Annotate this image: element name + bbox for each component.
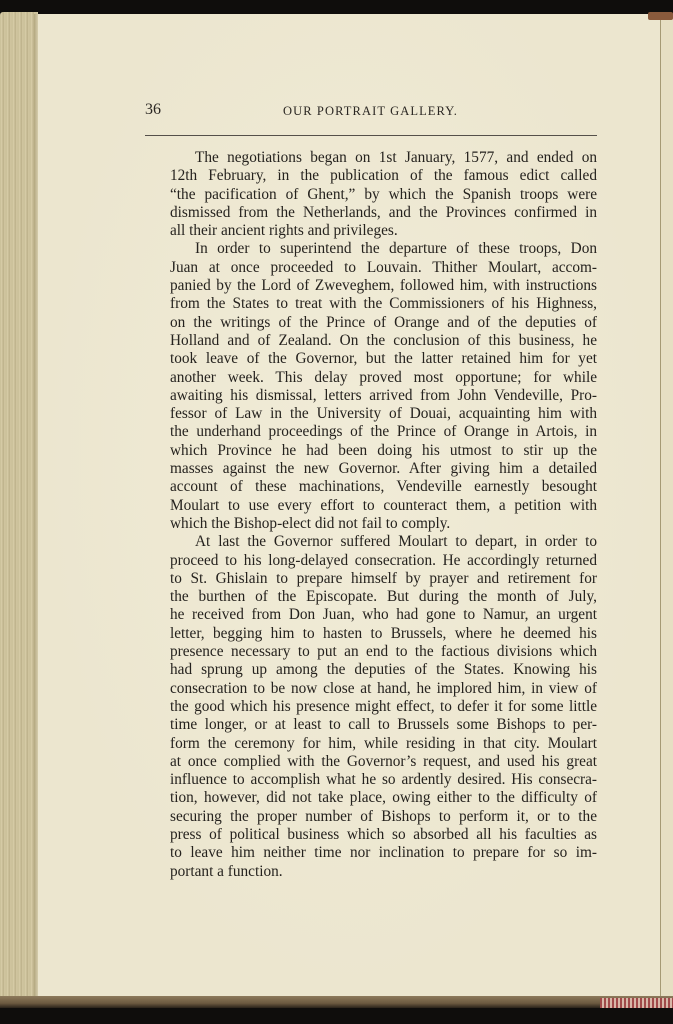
running-title: OUR PORTRAIT GALLERY. <box>283 104 458 119</box>
text-line: all their ancient rights and privileges. <box>145 222 597 240</box>
text-line: In order to superintend the departure of… <box>145 240 597 258</box>
text-line: dismissed from the Netherlands, and the … <box>145 204 597 222</box>
marbled-edge <box>600 998 673 1008</box>
text-line: to leave him neither time nor inclinatio… <box>145 844 597 862</box>
book-scan: 36 OUR PORTRAIT GALLERY. The negotiation… <box>0 0 673 1024</box>
text-line: proceed to his long-delayed consecration… <box>145 552 597 570</box>
text-line: Juan at once proceeded to Louvain. Thith… <box>145 259 597 277</box>
text-line: masses against the new Governor. After g… <box>145 460 597 478</box>
running-header: 36 OUR PORTRAIT GALLERY. <box>145 101 597 121</box>
book-bottom-edge <box>0 996 673 1008</box>
text-line: he received from Don Juan, who had gone … <box>145 606 597 624</box>
text-line: account of these machinations, Vendevill… <box>145 478 597 496</box>
text-line: presence necessary to put an end to the … <box>145 643 597 661</box>
text-line: Moulart to use every effort to counterac… <box>145 497 597 515</box>
text-line: influence to accomplish what he so arden… <box>145 771 597 789</box>
paragraph-1: The negotiations began on 1st January, 1… <box>145 149 597 240</box>
next-page-edge <box>660 18 673 1000</box>
text-line: which Province he had been doing his utm… <box>145 442 597 460</box>
text-line: panied by the Lord of Zweveghem, followe… <box>145 277 597 295</box>
text-line: letter, begging him to hasten to Brussel… <box>145 625 597 643</box>
page-edge-stain <box>648 12 673 20</box>
text-line: At last the Governor suffered Moulart to… <box>145 533 597 551</box>
text-line: at once complied with the Governor’s req… <box>145 753 597 771</box>
text-line: press of political business which so abs… <box>145 826 597 844</box>
text-line: fessor of Law in the University of Douai… <box>145 405 597 423</box>
text-line: which the Bishop-elect did not fail to c… <box>145 515 597 533</box>
text-line: to St. Ghislain to prepare himself by pr… <box>145 570 597 588</box>
page-number: 36 <box>145 101 161 119</box>
header-rule <box>145 135 597 136</box>
body-text: The negotiations began on 1st January, 1… <box>145 149 597 881</box>
text-line: from the States to treat with the Commis… <box>145 295 597 313</box>
paragraph-3: At last the Governor suffered Moulart to… <box>145 533 597 881</box>
text-line: time longer, or at least to call to Brus… <box>145 716 597 734</box>
stacked-page-edges <box>0 12 38 997</box>
text-line: had sprung up among the deputies of the … <box>145 661 597 679</box>
text-line: The negotiations began on 1st January, 1… <box>145 149 597 167</box>
text-line: the good which his presence might effect… <box>145 698 597 716</box>
text-line: 12th February, in the publication of the… <box>145 167 597 185</box>
text-line: took leave of the Governor, but the latt… <box>145 350 597 368</box>
text-line: tion, however, did not take place, owing… <box>145 789 597 807</box>
text-line: form the ceremony for him, while residin… <box>145 735 597 753</box>
text-line: securing the proper number of Bishops to… <box>145 808 597 826</box>
text-line: Holland and of Zealand. On the conclusio… <box>145 332 597 350</box>
text-line: the burthen of the Episcopate. But durin… <box>145 588 597 606</box>
text-line: on the writings of the Prince of Orange … <box>145 314 597 332</box>
text-line: consecration to be now close at hand, he… <box>145 680 597 698</box>
text-line: awaiting his dismissal, letters arrived … <box>145 387 597 405</box>
text-line: “the pacification of Ghent,” by which th… <box>145 186 597 204</box>
paragraph-2: In order to superintend the departure of… <box>145 240 597 533</box>
text-line: another week. This delay proved most opp… <box>145 369 597 387</box>
text-line: portant a function. <box>145 863 597 881</box>
text-line: the underhand proceedings of the Prince … <box>145 423 597 441</box>
